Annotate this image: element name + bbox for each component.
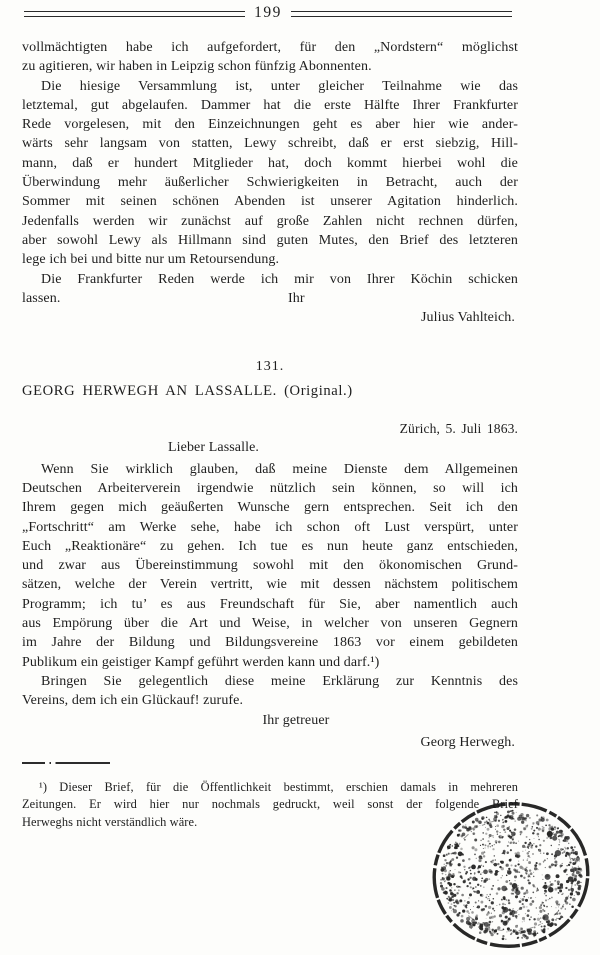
text-line: zu agitieren, wir haben in Leipzig schon… — [22, 57, 518, 76]
text-line: Die hiesige Versammlung ist, unter gleic… — [22, 77, 518, 96]
salutation: Lieber Lassalle. — [22, 438, 518, 457]
footnote-separator — [22, 762, 110, 764]
text-line: mann, daß er hundert Mitglieder hat, doc… — [22, 154, 518, 173]
header-rule-right — [291, 11, 512, 17]
letter-131-closing: Ihr getreuer — [22, 711, 518, 730]
page-number: 199 — [245, 6, 291, 20]
dateline: Zürich, 5. Juli 1863. — [22, 419, 518, 438]
text-line: ¹) Dieser Brief, für die Öffentlichkeit … — [22, 779, 518, 797]
letter-131-body: Wenn Sie wirklich glauben, daß meine Die… — [22, 460, 518, 711]
text-line: Bringen Sie gelegentlich diese meine Erk… — [22, 672, 518, 691]
text-line: Programm; ich tu’ es aus Freundschaft fü… — [22, 595, 518, 614]
book-page: 199 vollmächtigten habe ich aufgefordert… — [0, 0, 600, 955]
letter-130-closing-line: lassen. Ihr — [22, 289, 518, 308]
paragraph: vollmächtigten habe ich aufgefordert, fü… — [22, 38, 518, 77]
text-line: Sommer mit seinen schönen Abenden ist un… — [22, 192, 518, 211]
text-block: vollmächtigten habe ich aufgefordert, fü… — [22, 38, 518, 832]
page-header: 199 — [24, 7, 512, 21]
text-line: Überwindung mehr äußerlicher Schwierigke… — [22, 173, 518, 192]
text-line: Vereins, dem ich ein Glückauf! zurufe. — [22, 691, 518, 710]
text-line: Euch „Reaktionäre“ zu gehen. Ich tue es … — [22, 537, 518, 556]
letter-131-signature: Georg Herwegh. — [22, 733, 518, 752]
letter-130-body: vollmächtigten habe ich aufgefordert, fü… — [22, 38, 518, 289]
header-rule-left — [24, 11, 245, 17]
text-line: aus Empörung über die Art und Weise, in … — [22, 614, 518, 633]
section-number: 131. — [22, 357, 518, 376]
letter-heading: GEORG HERWEGH AN LASSALLE. (Original.) — [22, 382, 518, 401]
text-line: „Fortschritt“ am Werke sehe, habe ich sc… — [22, 518, 518, 537]
text-line: und zwar aus Übereinstimmung sowohl mit … — [22, 556, 518, 575]
paragraph: Wenn Sie wirklich glauben, daß meine Die… — [22, 460, 518, 672]
text-line: Jedenfalls werden wir zunächst auf große… — [22, 212, 518, 231]
text-line: Ihrem gegen mich geäußerten Wunsche gern… — [22, 498, 518, 517]
text-line: Wenn Sie wirklich glauben, daß meine Die… — [22, 460, 518, 479]
text-line: Rede vorgelesen, mit den Einzeichnungen … — [22, 115, 518, 134]
text-line: Die Frankfurter Reden werde ich mir von … — [22, 270, 518, 289]
text-line: Deutschen Arbeiterverein irgendwie nützl… — [22, 479, 518, 498]
library-stamp-icon — [430, 800, 594, 952]
paragraph: Bringen Sie gelegentlich diese meine Erk… — [22, 672, 518, 711]
text-line: lege ich bei und bitte nur um Retoursend… — [22, 250, 518, 269]
closing-ihr: Ihr — [288, 289, 305, 308]
letter-130-signature: Julius Vahlteich. — [22, 308, 518, 327]
text-line: vollmächtigten habe ich aufgefordert, fü… — [22, 38, 518, 57]
text-line: im Jahre der Bildung und Bildungsvereine… — [22, 633, 518, 652]
text-line: aber sowohl Lewy als Hillmann sind guten… — [22, 231, 518, 250]
text-line: letztemal, gut abgelaufen. Dammer hat di… — [22, 96, 518, 115]
text-line: Publikum ein geistiger Kampf geführt wer… — [22, 653, 518, 672]
closing-left-text: lassen. — [22, 291, 60, 306]
text-line: wärts sehr langsam von statten, Lewy sch… — [22, 134, 518, 153]
text-line: sätzen, welche der Verein vertritt, wie … — [22, 575, 518, 594]
paragraph: Die Frankfurter Reden werde ich mir von … — [22, 270, 518, 289]
paragraph: Die hiesige Versammlung ist, unter gleic… — [22, 77, 518, 270]
